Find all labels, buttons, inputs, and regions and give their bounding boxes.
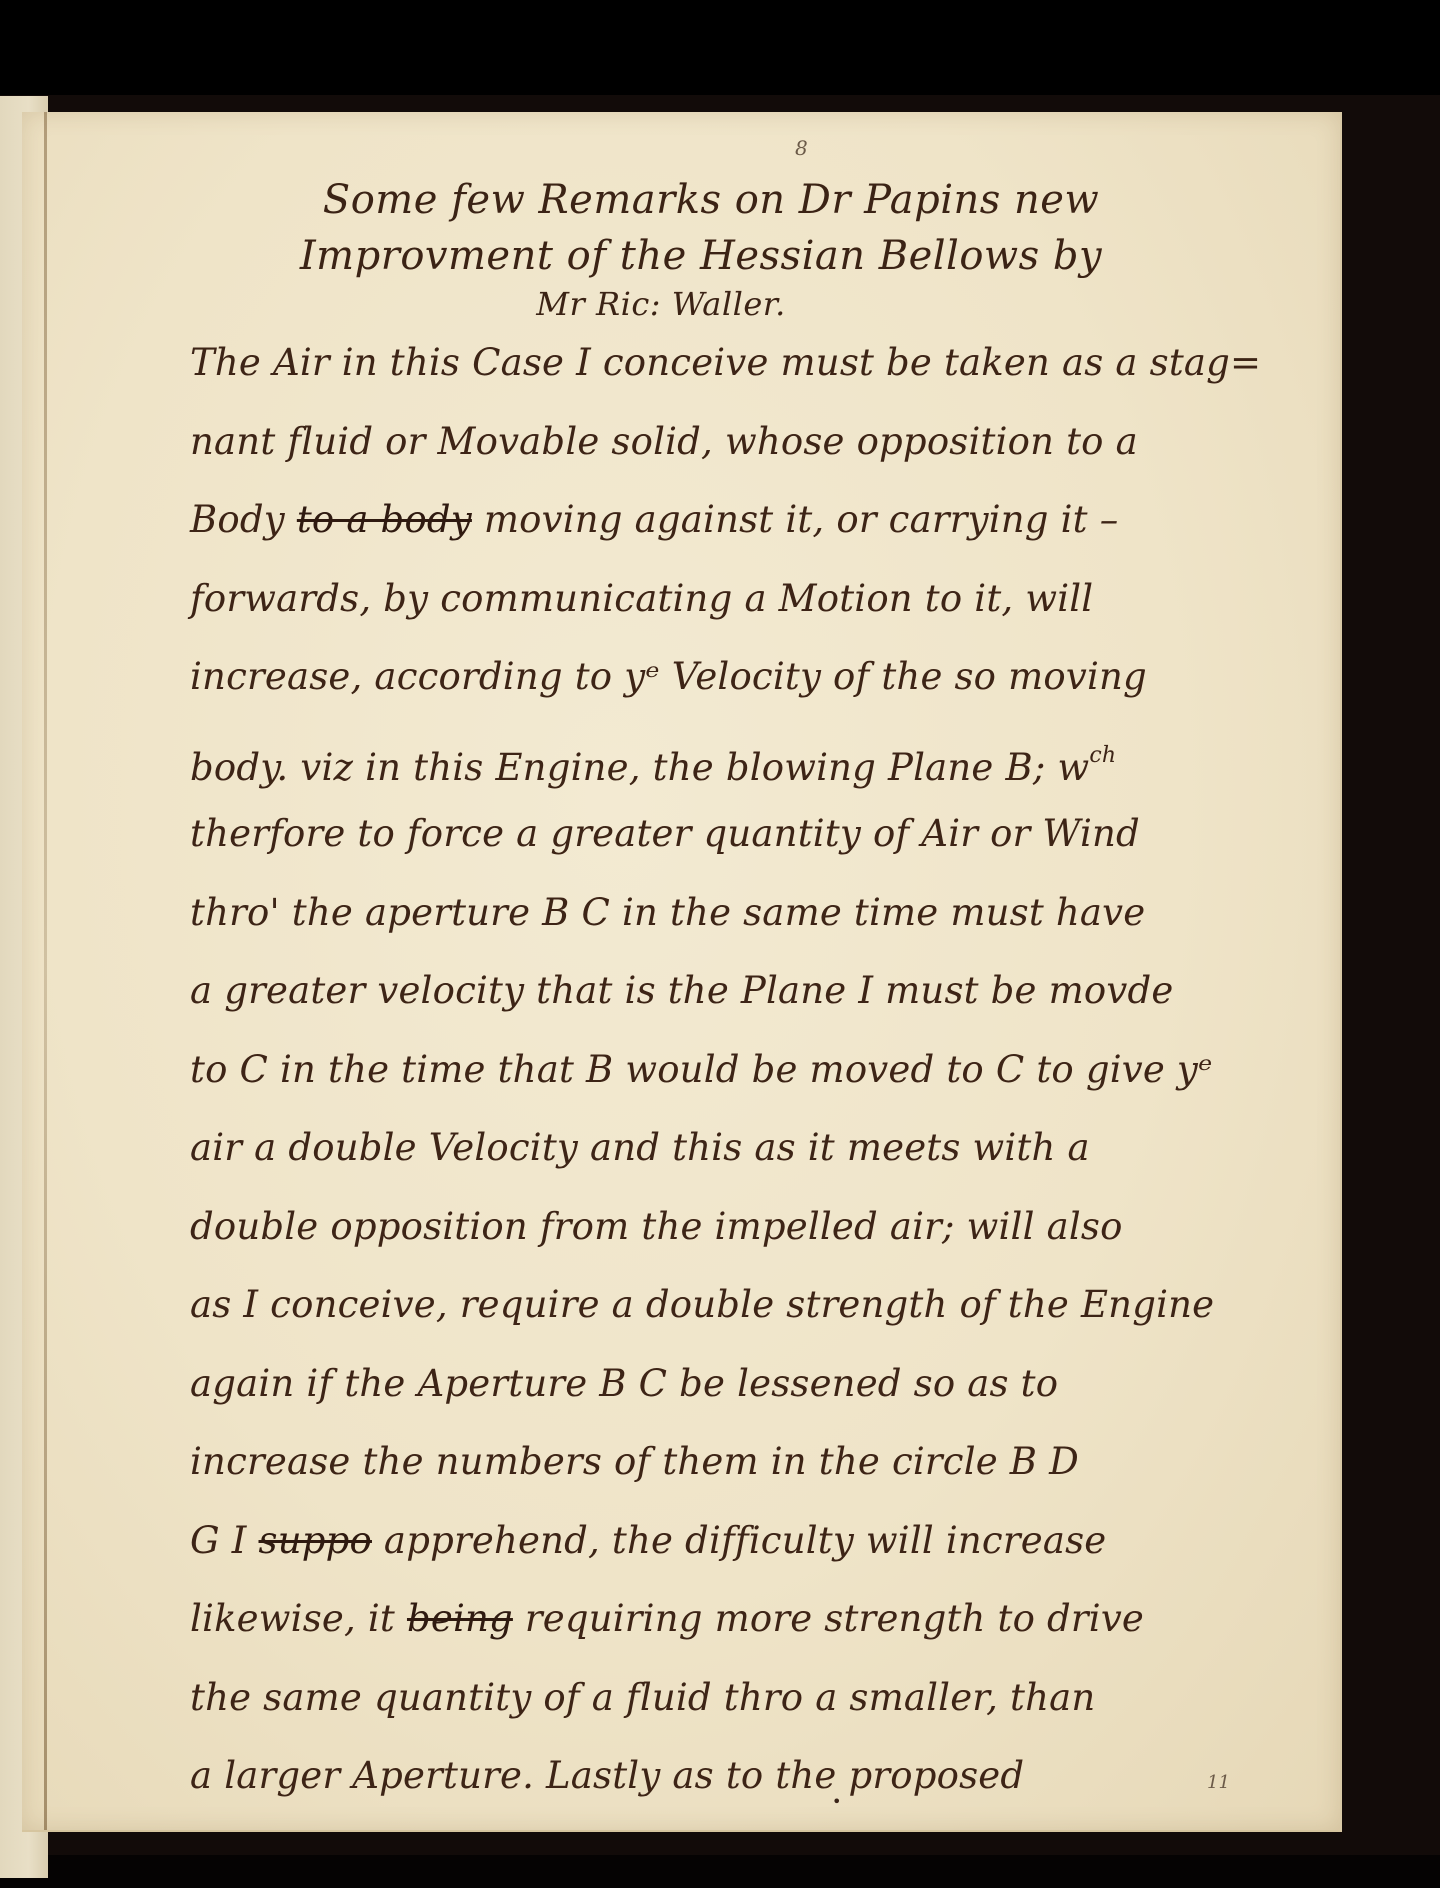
line-text: nant fluid or Movable solid, whose oppos…	[190, 420, 1138, 463]
line-text: double opposition from the impelled air;…	[190, 1205, 1123, 1248]
text-line: again if the Aperture B C be lessened so…	[190, 1345, 1320, 1424]
line-text: likewise, it	[190, 1597, 407, 1640]
dark-backdrop-top	[0, 0, 1440, 100]
text-line: as I conceive, require a double strength…	[190, 1266, 1320, 1345]
line-text: The Air in this Case I conceive must be …	[190, 341, 1261, 384]
line-text: to C in the time that B would be moved t…	[190, 1048, 1213, 1091]
title-author: Mr Ric: Waller.	[22, 284, 1340, 324]
manuscript-page: 8 Some few Remarks on Dr Papins new Impr…	[22, 112, 1342, 1832]
text-line: forwards, by communicating a Motion to i…	[190, 560, 1320, 639]
line-text: therfore to force a greater quantity of …	[190, 812, 1140, 855]
line-text: forwards, by communicating a Motion to i…	[190, 577, 1093, 620]
text-line: thro' the aperture B C in the same time …	[190, 874, 1320, 953]
text-line: double opposition from the impelled air;…	[190, 1188, 1320, 1267]
text-line: a larger Aperture. Lastly as to the prop…	[190, 1737, 1320, 1816]
text-line: increase the numbers of them in the circ…	[190, 1423, 1320, 1502]
text-line: increase, according to yᵉ Velocity of th…	[190, 638, 1320, 717]
text-line: to C in the time that B would be moved t…	[190, 1031, 1320, 1110]
text-line: the same quantity of a fluid thro a smal…	[190, 1659, 1320, 1738]
struck-through-text: being	[407, 1597, 513, 1640]
text-line: The Air in this Case I conceive must be …	[190, 324, 1320, 403]
title-line-1: Some few Remarks on Dr Papins new	[22, 172, 1340, 228]
text-line: G I suppo apprehend, the difficulty will…	[190, 1502, 1320, 1581]
text-line: therfore to force a greater quantity of …	[190, 795, 1320, 874]
text-line: air a double Velocity and this as it mee…	[190, 1109, 1320, 1188]
text-line: likewise, it being requiring more streng…	[190, 1580, 1320, 1659]
manuscript-body: The Air in this Case I conceive must be …	[190, 324, 1320, 1816]
manuscript-title: Some few Remarks on Dr Papins new Improv…	[22, 172, 1340, 324]
line-text: thro' the aperture B C in the same time …	[190, 891, 1145, 934]
text-line: body. viz in this Engine, the blowing Pl…	[190, 717, 1320, 796]
page-fold-line	[44, 112, 47, 1830]
folio-number-bottom: 11	[1207, 1772, 1230, 1793]
line-text: a larger Aperture. Lastly as to the prop…	[190, 1754, 1024, 1797]
line-text: requiring more strength to drive	[513, 1597, 1144, 1640]
line-text: increase, according to yᵉ Velocity of th…	[190, 655, 1147, 698]
line-text: body. viz in this Engine, the blowing Pl…	[190, 746, 1089, 789]
line-text: again if the Aperture B C be lessened so…	[190, 1362, 1058, 1405]
text-line: nant fluid or Movable solid, whose oppos…	[190, 403, 1320, 482]
line-text: air a double Velocity and this as it mee…	[190, 1126, 1090, 1169]
line-text: Body	[190, 498, 297, 541]
line-text: apprehend, the difficulty will increase	[372, 1519, 1106, 1562]
line-text: the same quantity of a fluid thro a smal…	[190, 1676, 1095, 1719]
line-text: increase the numbers of them in the circ…	[190, 1440, 1079, 1483]
ink-mark: •	[832, 1792, 841, 1811]
superscript-abbrev: ch	[1089, 743, 1116, 768]
text-line: Body to a body moving against it, or car…	[190, 481, 1320, 560]
line-text: as I conceive, require a double strength…	[190, 1283, 1214, 1326]
folio-number-top: 8	[795, 136, 808, 160]
line-text: G I	[190, 1519, 259, 1562]
struck-through-text: to a body	[297, 498, 472, 541]
title-line-2: Improvment of the Hessian Bellows by	[22, 228, 1340, 284]
struck-through-text: suppo	[259, 1519, 372, 1562]
text-line: a greater velocity that is the Plane I m…	[190, 952, 1320, 1031]
line-text: moving against it, or carrying it –	[472, 498, 1119, 541]
line-text: a greater velocity that is the Plane I m…	[190, 969, 1173, 1012]
